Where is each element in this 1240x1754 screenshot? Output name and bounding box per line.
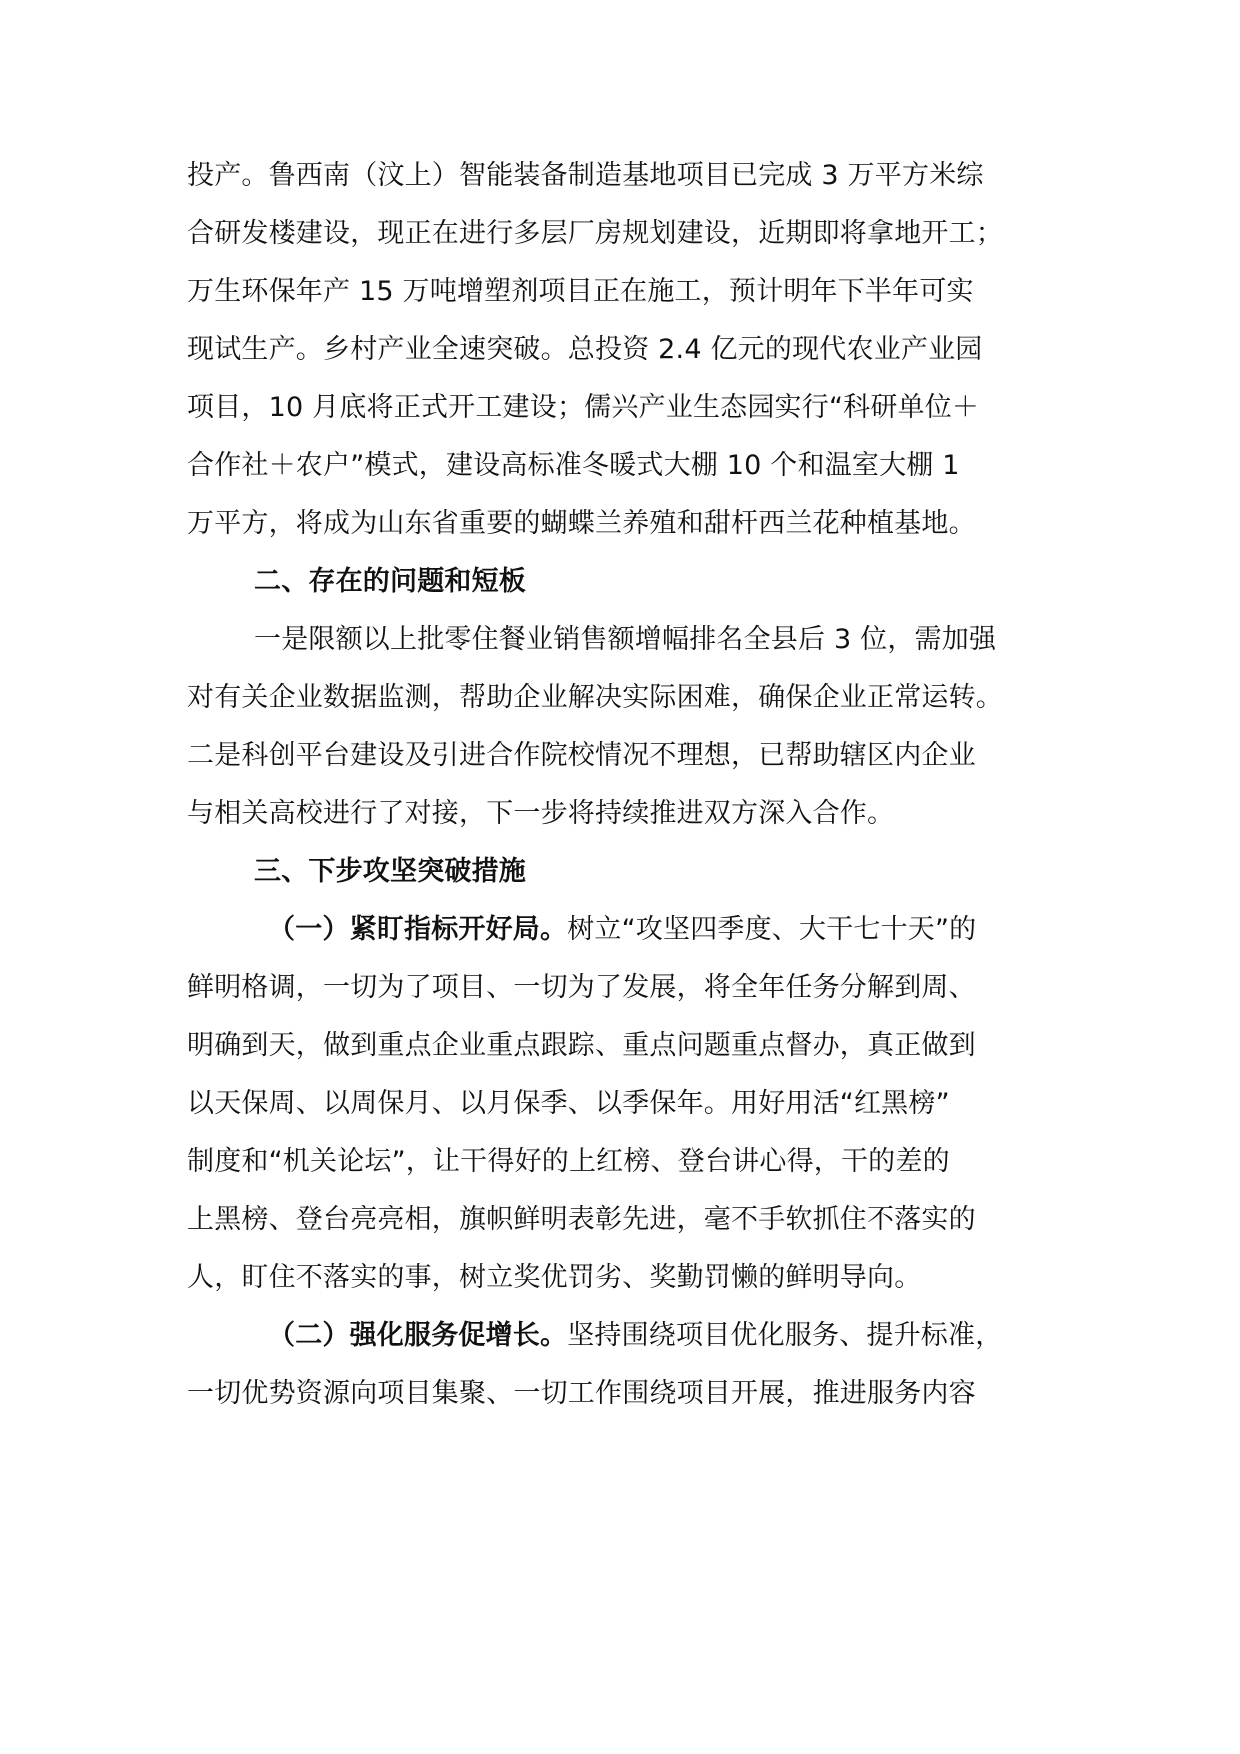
subsection-2-title: （二）强化服务促增长。 bbox=[268, 1320, 567, 1351]
paragraph-line: 二是科创平台建设及引进合作院校情况不理想，已帮助辖区内企业 bbox=[187, 736, 976, 776]
paragraph-line: 合研发楼建设，现正在进行多层厂房规划建设，近期即将拿地开工； bbox=[187, 214, 1003, 254]
paragraph-line: 现试生产。乡村产业全速突破。总投资 2.4 亿元的现代农业产业园 bbox=[187, 330, 983, 370]
subsection-1-first-line: （一）紧盯指标开好局。树立“攻坚四季度、大干七十天”的 bbox=[268, 910, 976, 950]
paragraph-line: 投产。鲁西南（汶上）智能装备制造基地项目已完成 3 万平方米综 bbox=[187, 156, 984, 196]
paragraph-line: 合作社＋农户”模式，建设高标准冬暖式大棚 10 个和温室大棚 1 bbox=[187, 446, 960, 486]
paragraph-line: 一是限额以上批零住餐业销售额增幅排名全县后 3 位，需加强 bbox=[254, 620, 996, 660]
paragraph-line: 万平方，将成为山东省重要的蝴蝶兰养殖和甜杆西兰花种植基地。 bbox=[187, 504, 976, 544]
subsection-1-text: 树立“攻坚四季度、大干七十天”的 bbox=[567, 914, 976, 945]
document-page: 投产。鲁西南（汶上）智能装备制造基地项目已完成 3 万平方米综 合研发楼建设，现… bbox=[0, 0, 1240, 1754]
paragraph-line: 人，盯住不落实的事，树立奖优罚劣、奖勤罚懒的鲜明导向。 bbox=[187, 1258, 921, 1298]
paragraph-line: 上黑榜、登台亮亮相，旗帜鲜明表彰先进，毫不手软抓住不落实的 bbox=[187, 1200, 976, 1240]
paragraph-line: 对有关企业数据监测，帮助企业解决实际困难，确保企业正常运转。 bbox=[187, 678, 1003, 718]
subsection-2-text: 坚持围绕项目优化服务、提升标准， bbox=[567, 1320, 1002, 1351]
paragraph-line: 制度和“机关论坛”，让干得好的上红榜、登台讲心得，干的差的 bbox=[187, 1142, 950, 1182]
paragraph-line: 一切优势资源向项目集聚、一切工作围绕项目开展，推进服务内容 bbox=[187, 1374, 976, 1414]
paragraph-line: 万生环保年产 15 万吨增塑剂项目正在施工，预计明年下半年可实 bbox=[187, 272, 974, 312]
subsection-2-first-line: （二）强化服务促增长。坚持围绕项目优化服务、提升标准， bbox=[268, 1316, 1002, 1356]
paragraph-line: 以天保周、以周保月、以月保季、以季保年。用好用活“红黑榜” bbox=[187, 1084, 950, 1124]
paragraph-line: 鲜明格调，一切为了项目、一切为了发展，将全年任务分解到周、 bbox=[187, 968, 976, 1008]
section-heading-problems: 二、存在的问题和短板 bbox=[254, 562, 526, 602]
section-heading-measures: 三、下步攻坚突破措施 bbox=[254, 852, 526, 892]
subsection-1-title: （一）紧盯指标开好局。 bbox=[268, 914, 567, 945]
paragraph-line: 项目，10 月底将正式开工建设；儒兴产业生态园实行“科研单位＋ bbox=[187, 388, 979, 428]
paragraph-line: 与相关高校进行了对接，下一步将持续推进双方深入合作。 bbox=[187, 794, 894, 834]
paragraph-line: 明确到天，做到重点企业重点跟踪、重点问题重点督办，真正做到 bbox=[187, 1026, 976, 1066]
